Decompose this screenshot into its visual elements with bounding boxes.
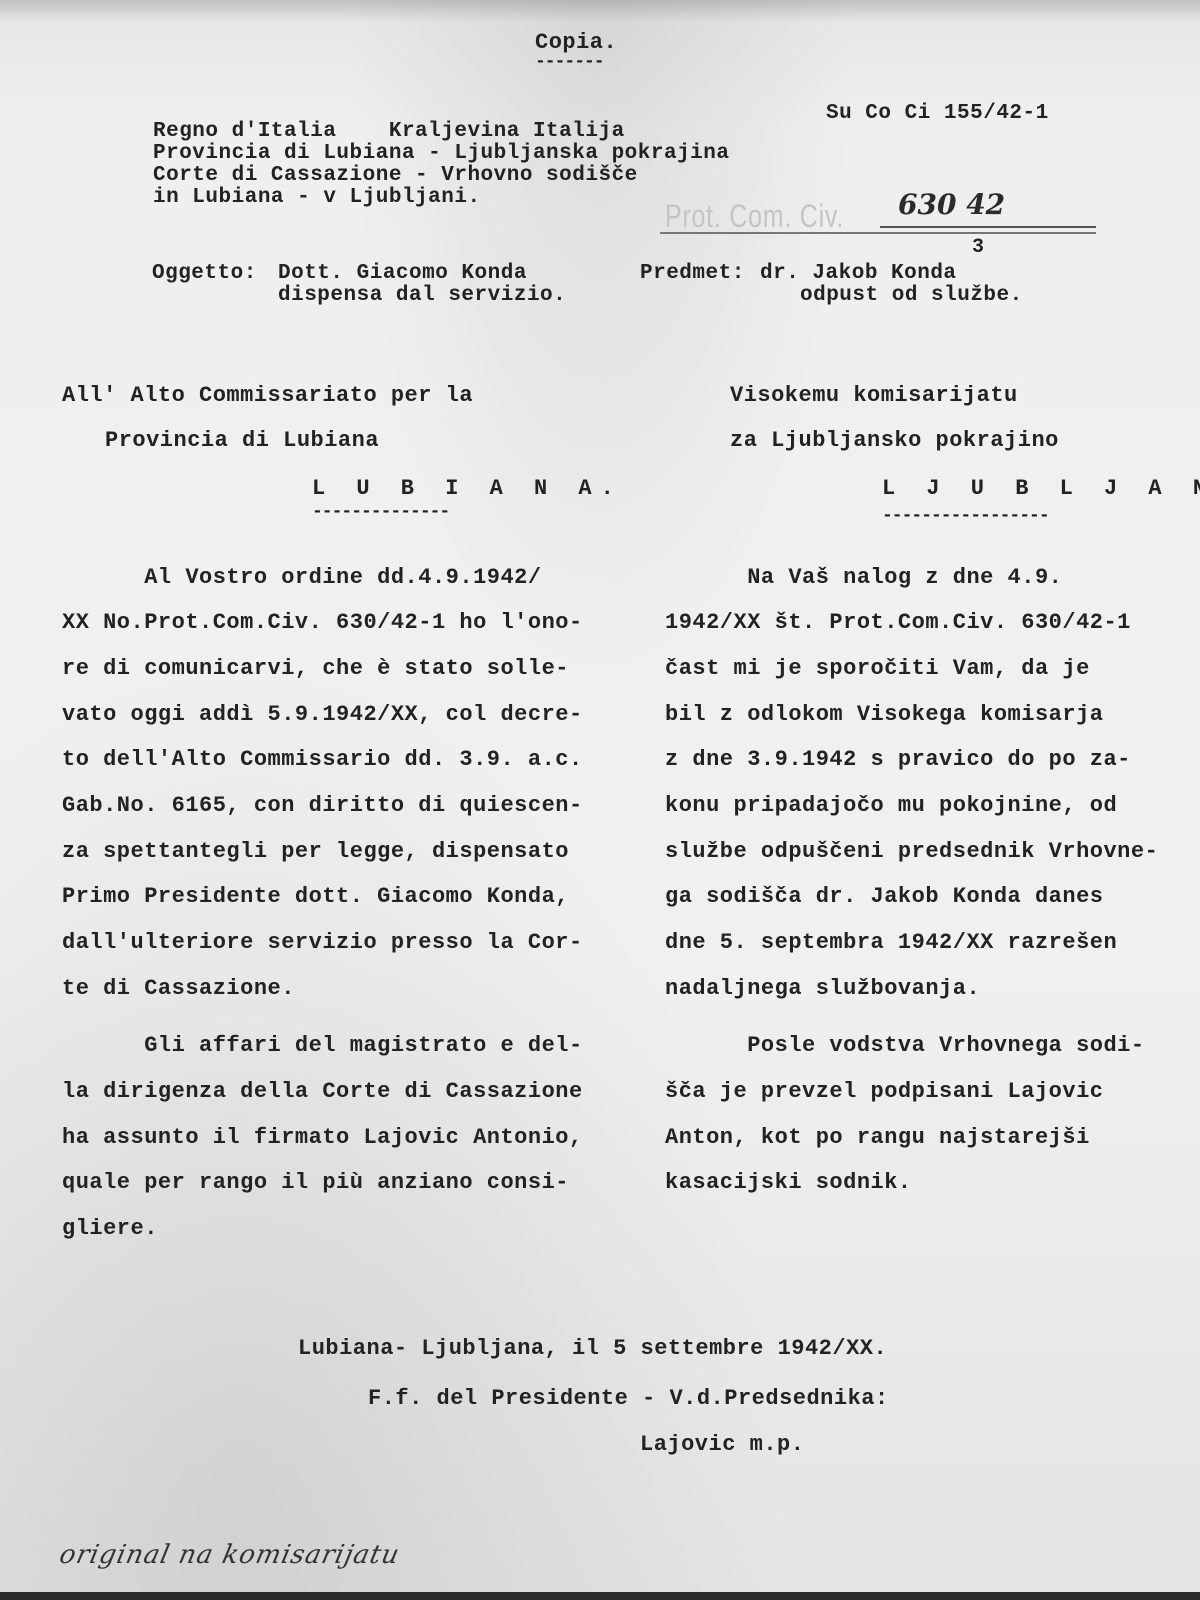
subject-line-it-2: dispensa dal servizio. <box>278 286 566 306</box>
body-sl-line: 1942/XX št. Prot.Com.Civ. 630/42-1 <box>665 610 1131 635</box>
body-sl-line: bil z odlokom Visokega komisarja <box>665 702 1103 727</box>
body-sl-line: dne 5. septembra 1942/XX razrešen <box>665 930 1117 955</box>
addressee-sl-city: L J U B L J A N A. <box>882 476 1200 501</box>
addressee-sl-line-1: Visokemu komisarijatu <box>730 383 1018 408</box>
addressee-it-underline: -------------- <box>312 502 449 522</box>
subject-line-sl-2: odpust od službe. <box>800 286 1023 306</box>
letterhead-line-1: Regno d'Italia Kraljevina Italija <box>153 122 625 142</box>
subject-line-sl-1: dr. Jakob Konda <box>760 264 957 284</box>
addressee-it-line-2: Provincia di Lubiana <box>105 428 379 453</box>
letterhead-line-3: Corte di Cassazione - Vrhovno sodišče <box>153 166 638 186</box>
letterhead-line-4: in Lubiana - v Ljubljani. <box>153 188 481 208</box>
body-it-line: ha assunto il firmato Lajovic Antonio, <box>62 1125 583 1150</box>
handwritten-note: original na komisarijatu <box>57 1540 403 1570</box>
body-sl-line: z dne 3.9.1942 s pravico do po za- <box>665 747 1131 772</box>
subject-line-it-1: Dott. Giacomo Konda <box>278 264 527 284</box>
body-it-line: gliere. <box>62 1216 158 1241</box>
scan-shadow-top <box>0 0 1200 22</box>
stamp-underline-long <box>660 232 1096 234</box>
title-underline: ------- <box>535 52 604 72</box>
protocol-stamp-label: Prot. Com. Civ. <box>665 198 844 235</box>
body-it-line: vato oggi addì 5.9.1942/XX, col decre- <box>62 702 583 727</box>
body-sl-line: ga sodišča dr. Jakob Konda danes <box>665 884 1103 909</box>
addressee-it-city: L U B I A N A. <box>312 476 623 501</box>
subject-label-it: Oggetto: <box>152 264 257 284</box>
stamp-underline <box>880 226 1096 228</box>
document-page: Copia. ------- Su Co Ci 155/42-1 Regno d… <box>0 0 1200 1600</box>
body-it-line: te di Cassazione. <box>62 976 295 1001</box>
body-it-line: Al Vostro ordine dd.4.9.1942/ <box>62 565 542 590</box>
body-it-line: Primo Presidente dott. Giacomo Konda, <box>62 884 569 909</box>
subject-label-sl: Predmet: <box>640 264 745 284</box>
body-sl-line: Anton, kot po rangu najstarejši <box>665 1125 1090 1150</box>
body-sl-line: Na Vaš nalog z dne 4.9. <box>665 565 1062 590</box>
stamp-annotation: 3 <box>972 236 984 259</box>
body-sl-line: nadaljnega službovanja. <box>665 976 980 1001</box>
body-it-line: Gab.No. 6165, con diritto di quiescen- <box>62 793 583 818</box>
body-it-line: to dell'Alto Commissario dd. 3.9. a.c. <box>62 747 583 772</box>
letterhead-line-2: Provincia di Lubiana - Ljubljanska pokra… <box>153 144 730 164</box>
protocol-handwritten-number: 630 42 <box>898 188 1005 221</box>
body-sl-line: šča je prevzel podpisani Lajovic <box>665 1079 1103 1104</box>
body-it-line: dall'ulteriore servizio presso la Cor- <box>62 930 583 955</box>
closing-signatory-title: F.f. del Presidente - V.d.Predsednika: <box>368 1386 889 1411</box>
body-sl-line: kasacijski sodnik. <box>665 1170 912 1195</box>
body-sl-line: konu pripadajočo mu pokojnine, od <box>665 793 1117 818</box>
body-sl-line: Posle vodstva Vrhovnega sodi- <box>665 1033 1145 1058</box>
body-it-line: XX No.Prot.Com.Civ. 630/42-1 ho l'ono- <box>62 610 583 635</box>
addressee-sl-underline: ----------------- <box>882 506 1049 526</box>
reference-number: Su Co Ci 155/42-1 <box>826 104 1049 124</box>
body-it-line: za spettantegli per legge, dispensato <box>62 839 569 864</box>
body-sl-line: službe odpuščeni predsednik Vrhovne- <box>665 839 1158 864</box>
closing-place-date: Lubiana- Ljubljana, il 5 settembre 1942/… <box>298 1336 887 1361</box>
addressee-it-line-1: All' Alto Commissariato per la <box>62 383 473 408</box>
body-sl-line: čast mi je sporočiti Vam, da je <box>665 656 1090 681</box>
closing-signature: Lajovic m.p. <box>640 1432 804 1457</box>
scan-border-bottom <box>0 1592 1200 1600</box>
body-it-line: quale per rango il più anziano consi- <box>62 1170 569 1195</box>
body-it-line: la dirigenza della Corte di Cassazione <box>62 1079 583 1104</box>
body-it-line: re di comunicarvi, che è stato solle- <box>62 656 569 681</box>
addressee-sl-line-2: za Ljubljansko pokrajino <box>730 428 1059 453</box>
body-it-line: Gli affari del magistrato e del- <box>62 1033 583 1058</box>
